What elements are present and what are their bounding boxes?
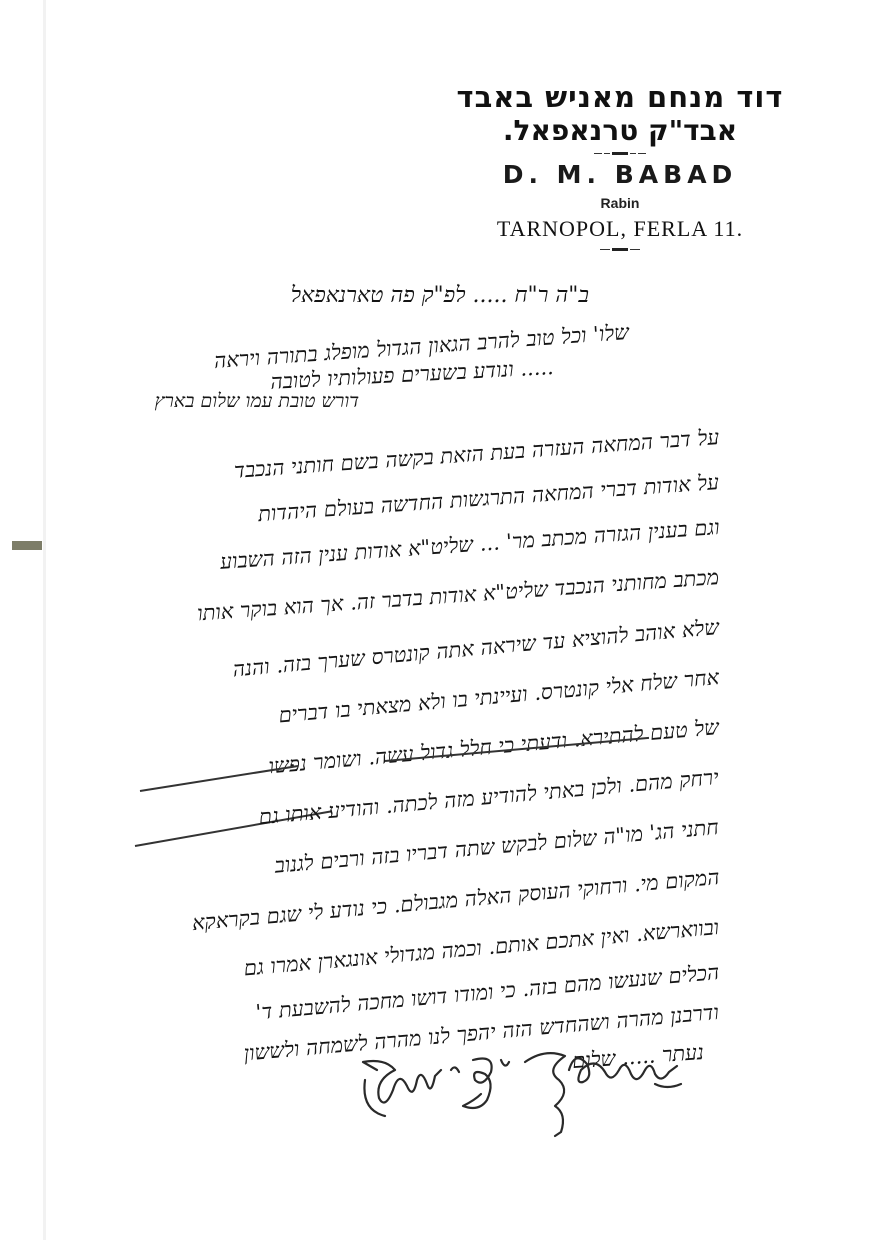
letter-line: דורש טובת עמו שלום בארץ [155, 390, 359, 413]
signature-scribble-icon [355, 1040, 685, 1140]
signature [355, 1040, 685, 1140]
handwritten-letter: ב"ה ר"ח ..... לפ"ק פה טארנאפאל שלו' וכל … [0, 0, 874, 1240]
letter-line: חתני הג' מו"ה שלום לבקש שתה דבריו בזה ור… [274, 815, 720, 879]
letter-line: מכתב מחותני הנכבד שליט"א אודות בדבר זה. … [196, 565, 719, 626]
letter-opening: ב"ה ר"ח ..... לפ"ק פה טארנאפאל [291, 282, 589, 308]
letter-line: אחר שלח אלי קונטרס. ועיינתי בו ולא מצאתי… [278, 665, 720, 728]
letter-line: על אודות דברי המחאה התרגשות החדשה בעולם … [257, 470, 720, 527]
